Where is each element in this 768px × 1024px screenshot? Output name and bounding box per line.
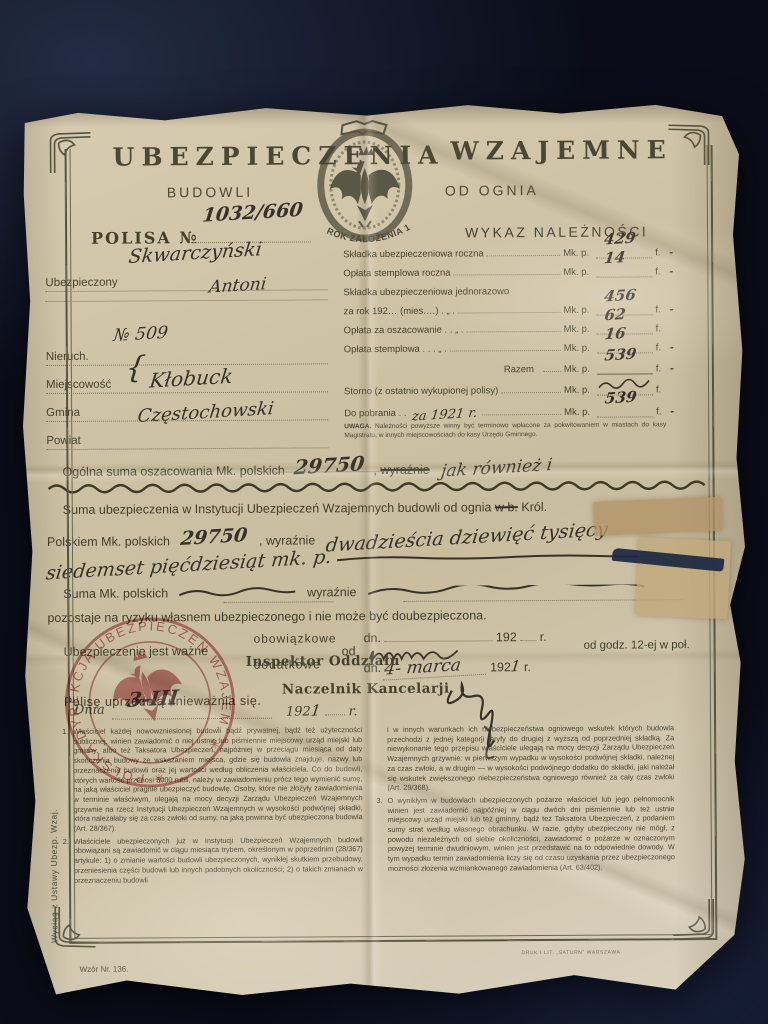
printer-imprint: DRUK I LIT. „SATURN” WARSZAWA	[521, 950, 620, 957]
corner-ornament-icon	[671, 897, 715, 941]
corner-ornament-icon	[48, 131, 92, 175]
photo-background: UBEZPIECZENIA WZAJEMNE BUDOWLI OD OGNIA …	[0, 0, 768, 1024]
corner-ornament-icon	[53, 905, 97, 949]
corner-ornament-icon	[666, 123, 710, 167]
tape-patch	[635, 537, 731, 619]
printed-frame	[65, 145, 718, 944]
form-number: Wzór Nr. 136.	[80, 965, 129, 974]
signatures-handwritten	[356, 630, 597, 781]
tape-patch	[593, 497, 722, 536]
side-note-vertical: Wyciąg z Ustawy Ubezp. Wzaj.	[48, 731, 59, 943]
policy-document: UBEZPIECZENIA WZAJEMNE BUDOWLI OD OGNIA …	[20, 101, 747, 997]
